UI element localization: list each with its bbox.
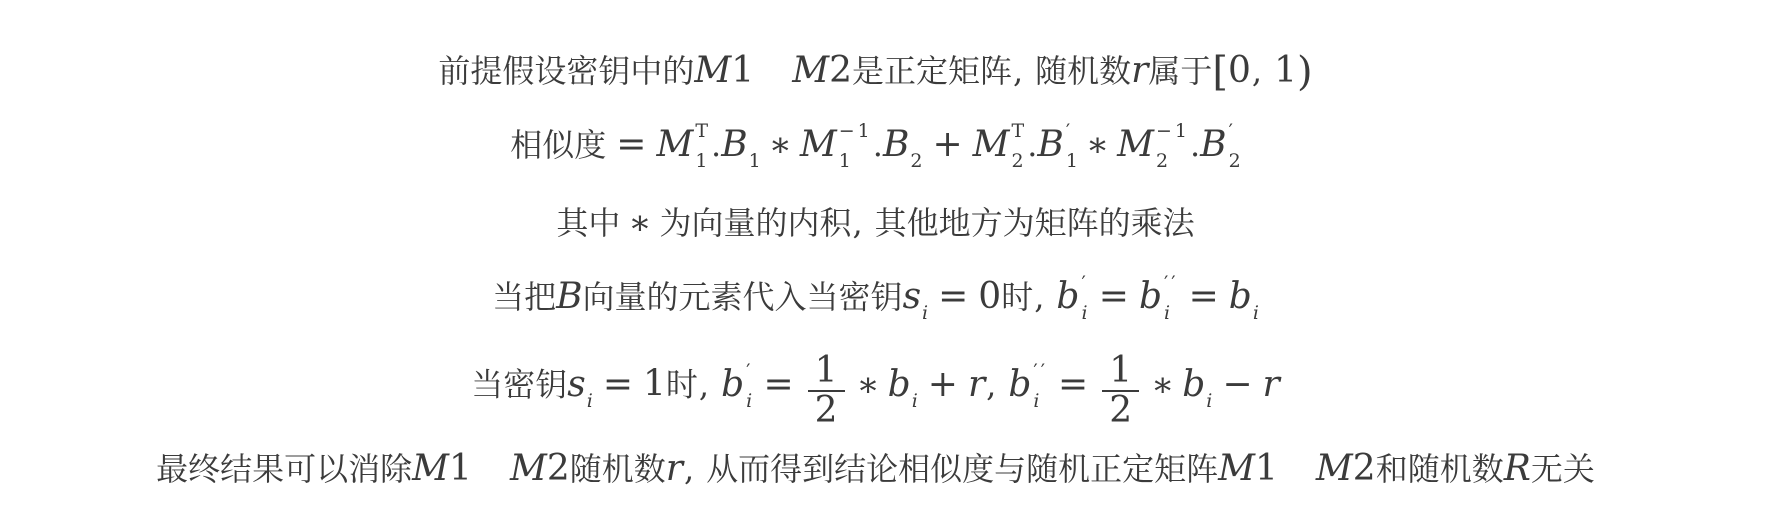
math-operator: = bbox=[1189, 276, 1219, 317]
text-run: 无关 bbox=[1531, 450, 1595, 488]
math-variable: B bbox=[1200, 124, 1226, 165]
math-variable: M bbox=[1117, 124, 1154, 165]
punctuation: , bbox=[1034, 278, 1044, 316]
superscript: ′ bbox=[746, 356, 753, 386]
math-number: 2 bbox=[547, 448, 570, 489]
math-variable: M bbox=[510, 448, 547, 489]
math-variable-group: M−11 bbox=[800, 141, 873, 160]
math-variable-group: M bbox=[1218, 465, 1255, 484]
script-stack: ′2 bbox=[1229, 116, 1241, 176]
formula-line-4: 当把B向量的元素代入当密钥si=0时,b′i=b′′i=bi bbox=[492, 268, 1259, 336]
math-variable-group: b′′i bbox=[1008, 381, 1048, 400]
text-run: 随机数 bbox=[570, 450, 666, 488]
text-run: 其中 bbox=[556, 204, 620, 242]
subscript: i bbox=[746, 386, 753, 416]
math-variable: R bbox=[1504, 448, 1531, 489]
text-run: 为向量的内积 bbox=[659, 204, 851, 242]
superscript: ′′ bbox=[1033, 356, 1048, 386]
subscript: 1 bbox=[1066, 146, 1078, 176]
math-operator-star: ∗ bbox=[628, 203, 651, 243]
math-number: 1 bbox=[1274, 50, 1297, 91]
subscript: i bbox=[922, 302, 928, 324]
script-stack: T1 bbox=[695, 116, 711, 176]
math-variable-group: MT1 bbox=[656, 141, 711, 160]
subscript: 2 bbox=[1229, 146, 1241, 176]
subscript: 2 bbox=[1156, 146, 1190, 176]
subscript: i bbox=[1164, 298, 1179, 328]
math-variable: b bbox=[1229, 276, 1252, 317]
formula-line-3: 其中∗为向量的内积,其他地方为矩阵的乘法 bbox=[556, 200, 1194, 252]
formula-block: 前提假设密钥中的M1M2是正定矩阵,随机数r属于[0,1)相似度=MT1.B1∗… bbox=[0, 0, 1763, 506]
text-run: 当把 bbox=[492, 278, 556, 316]
math-operator-star: ∗ bbox=[1151, 365, 1174, 405]
math-number: 0 bbox=[1228, 50, 1251, 91]
math-variable-group: R bbox=[1504, 465, 1531, 484]
punctuation: , bbox=[852, 204, 862, 242]
math-variable-group: M−12 bbox=[1117, 141, 1190, 160]
math-number: 0 bbox=[978, 276, 1001, 317]
formula-line-2: 相似度=MT1.B1∗M−11.B2+MT2.B′1∗M−12.B′2 bbox=[510, 116, 1240, 184]
math-variable: M bbox=[1316, 448, 1353, 489]
math-variable: s bbox=[903, 276, 921, 317]
formula-line-1: 前提假设密钥中的M1M2是正定矩阵,随机数r属于[0,1) bbox=[438, 48, 1312, 100]
text-run: 时 bbox=[1001, 278, 1033, 316]
math-variable: B bbox=[883, 124, 909, 165]
fraction: 12 bbox=[808, 352, 845, 430]
subscript: 1 bbox=[695, 146, 711, 176]
math-variable-group: r bbox=[666, 465, 683, 484]
text-run: 随机数 bbox=[1035, 52, 1131, 90]
punctuation: , bbox=[1013, 52, 1023, 90]
document-page: 前提假设密钥中的M1M2是正定矩阵,随机数r属于[0,1)相似度=MT1.B1∗… bbox=[0, 0, 1775, 529]
subscript: i bbox=[1253, 302, 1259, 324]
text-run: 相似度 bbox=[510, 126, 606, 164]
math-variable-group: M bbox=[412, 465, 449, 484]
math-variable: B bbox=[1037, 124, 1063, 165]
subscript: i bbox=[587, 390, 593, 412]
math-number: 1 bbox=[731, 50, 754, 91]
math-variable: r bbox=[968, 364, 985, 405]
math-number: 2 bbox=[1353, 448, 1376, 489]
text-run: 向量的元素代入当密钥 bbox=[583, 278, 903, 316]
math-operator: − bbox=[1222, 364, 1252, 405]
math-variable-group: M bbox=[510, 465, 547, 484]
math-variable: b bbox=[1056, 276, 1079, 317]
math-variable-group: B′1 bbox=[1037, 141, 1078, 160]
text-run: . bbox=[873, 126, 883, 164]
text-run: 是正定矩阵 bbox=[852, 52, 1012, 90]
punctuation: , bbox=[986, 366, 996, 404]
math-number: 1 bbox=[1255, 448, 1278, 489]
subscript: i bbox=[1081, 298, 1088, 328]
math-variable-group: M bbox=[694, 67, 731, 86]
math-operator-star: ∗ bbox=[1086, 125, 1109, 165]
math-operator: + bbox=[928, 364, 958, 405]
text-run: 当密钥 bbox=[471, 366, 567, 404]
math-operator: = bbox=[1058, 364, 1088, 405]
math-variable-group: bi bbox=[1182, 381, 1212, 400]
math-operator: = bbox=[763, 364, 793, 405]
fraction-numerator: 1 bbox=[1102, 352, 1139, 390]
formula-line-5: 当密钥si=1时,b′i=12∗bi+r,b′′i=12∗bi−r bbox=[471, 352, 1279, 430]
math-operator: = bbox=[938, 276, 968, 317]
math-variable: b bbox=[721, 364, 744, 405]
formula-line-6: 最终结果可以消除M1M2随机数r,从而得到结论相似度与随机正定矩阵M1M2和随机… bbox=[156, 446, 1595, 498]
math-variable-group: si bbox=[903, 293, 929, 312]
subscript: i bbox=[1033, 386, 1048, 416]
math-variable: r bbox=[1131, 50, 1148, 91]
math-variable: M bbox=[656, 124, 693, 165]
math-variable-group: bi bbox=[1229, 293, 1259, 312]
math-variable-group: MT2 bbox=[973, 141, 1028, 160]
subscript: i bbox=[1206, 390, 1212, 412]
math-operator-star: ∗ bbox=[769, 125, 792, 165]
math-variable: M bbox=[694, 50, 731, 91]
math-variable-group: M bbox=[1316, 465, 1353, 484]
superscript: T bbox=[695, 116, 711, 146]
text-run: 和随机数 bbox=[1376, 450, 1504, 488]
script-stack: −12 bbox=[1156, 116, 1190, 176]
text-run: 其他地方为矩阵的乘法 bbox=[875, 204, 1195, 242]
math-variable-group: b′′i bbox=[1139, 293, 1179, 312]
math-number: 1 bbox=[449, 448, 472, 489]
math-variable-group: r bbox=[968, 381, 985, 400]
math-variable: b bbox=[1182, 364, 1205, 405]
subscript: 2 bbox=[1012, 146, 1028, 176]
punctuation: , bbox=[699, 366, 709, 404]
superscript: ′ bbox=[1066, 116, 1078, 146]
subscript: 2 bbox=[910, 150, 922, 172]
text-run: . bbox=[1190, 126, 1200, 164]
text-run: 前提假设密钥中的 bbox=[438, 52, 694, 90]
text-run: 时 bbox=[666, 366, 698, 404]
math-variable: b bbox=[1008, 364, 1031, 405]
superscript: T bbox=[1012, 116, 1028, 146]
math-variable: M bbox=[792, 50, 829, 91]
math-variable: b bbox=[888, 364, 911, 405]
math-variable-group: si bbox=[567, 381, 593, 400]
math-variable-group: b′i bbox=[1056, 293, 1088, 312]
math-delimiter: [ bbox=[1212, 49, 1228, 95]
text-run: 最终结果可以消除 bbox=[156, 450, 412, 488]
math-variable: B bbox=[556, 276, 582, 317]
script-stack: −11 bbox=[839, 116, 873, 176]
math-variable-group: r bbox=[1263, 381, 1280, 400]
math-number: 2 bbox=[829, 50, 852, 91]
script-stack: ′1 bbox=[1066, 116, 1078, 176]
script-stack: ′i bbox=[1081, 268, 1088, 328]
math-variable: r bbox=[666, 448, 683, 489]
math-operator: = bbox=[1099, 276, 1129, 317]
math-variable-group: bi bbox=[888, 381, 918, 400]
math-variable: b bbox=[1139, 276, 1162, 317]
math-variable: M bbox=[412, 448, 449, 489]
math-variable: r bbox=[1263, 364, 1280, 405]
superscript: ′ bbox=[1229, 116, 1241, 146]
text-run: 从而得到结论相似度与随机正定矩阵 bbox=[706, 450, 1218, 488]
subscript: 1 bbox=[839, 146, 873, 176]
subscript: i bbox=[912, 390, 918, 412]
math-operator: = bbox=[616, 124, 646, 165]
fraction: 12 bbox=[1102, 352, 1139, 430]
fraction-numerator: 1 bbox=[808, 352, 845, 390]
math-operator-star: ∗ bbox=[857, 365, 880, 405]
text-run: 属于 bbox=[1148, 52, 1212, 90]
math-variable-group: B2 bbox=[883, 141, 923, 160]
math-variable-group: M bbox=[792, 67, 829, 86]
math-variable: M bbox=[1218, 448, 1255, 489]
math-variable: s bbox=[567, 364, 585, 405]
superscript: −1 bbox=[1156, 116, 1190, 146]
math-variable-group: B1 bbox=[721, 141, 761, 160]
script-stack: ′′i bbox=[1164, 268, 1179, 328]
math-variable-group: B′2 bbox=[1200, 141, 1241, 160]
script-stack: T2 bbox=[1012, 116, 1028, 176]
math-delimiter: ) bbox=[1297, 49, 1313, 95]
math-variable: M bbox=[973, 124, 1010, 165]
math-variable: M bbox=[800, 124, 837, 165]
math-operator: = bbox=[603, 364, 633, 405]
superscript: −1 bbox=[839, 116, 873, 146]
script-stack: ′′i bbox=[1033, 356, 1048, 416]
fraction-denominator: 2 bbox=[808, 390, 845, 430]
fraction-denominator: 2 bbox=[1102, 390, 1139, 430]
text-run: . bbox=[1027, 126, 1037, 164]
math-variable: B bbox=[721, 124, 747, 165]
punctuation: , bbox=[684, 450, 694, 488]
math-variable-group: B bbox=[556, 293, 582, 312]
script-stack: ′i bbox=[746, 356, 753, 416]
punctuation: , bbox=[1252, 52, 1262, 90]
math-number: 1 bbox=[643, 364, 666, 405]
math-operator: + bbox=[933, 124, 963, 165]
math-variable-group: b′i bbox=[721, 381, 753, 400]
subscript: 1 bbox=[749, 150, 761, 172]
superscript: ′′ bbox=[1164, 268, 1179, 298]
math-variable-group: r bbox=[1131, 67, 1148, 86]
text-run: . bbox=[711, 126, 721, 164]
superscript: ′ bbox=[1081, 268, 1088, 298]
